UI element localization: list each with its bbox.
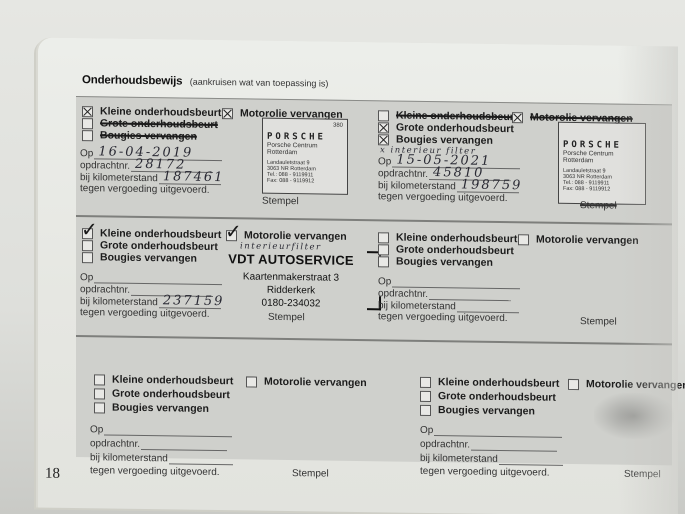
field-label: tegen vergoeding uitgevoerd.: [378, 191, 508, 204]
vergoeding-text: tegen vergoeding uitgevoerd.: [80, 307, 210, 320]
vdt-stamp: VDT AUTOSERVICE Kaartenmakerstraat 3 Rid…: [226, 251, 356, 311]
field-label: tegen vergoeding uitgevoerd.: [378, 311, 508, 324]
field-label: bij kilometerstand: [420, 453, 498, 465]
date-field: Op: [90, 423, 232, 437]
checkbox[interactable]: [420, 390, 431, 401]
field-label: Op: [80, 272, 93, 283]
stamp-name: VDT AUTOSERVICE: [226, 251, 356, 268]
stamp-street: Kaartenmakerstraat 3: [226, 270, 356, 285]
checkbox[interactable]: [420, 376, 431, 387]
checkbox-label: Bougies vervangen: [438, 404, 535, 417]
field-label: opdrachtnr.: [378, 168, 428, 180]
stempel-label: Stempel: [580, 200, 617, 212]
field-label: opdrachtnr.: [90, 438, 140, 450]
checkbox-checked[interactable]: [512, 112, 523, 123]
checkbox-checked[interactable]: [378, 134, 389, 145]
stempel-label: Stempel: [292, 468, 329, 480]
maintenance-panel: Kleine onderhoudsbeurt Grote onderhoudsb…: [76, 96, 672, 465]
field-label: Op: [378, 156, 391, 167]
stempel-label: Stempel: [268, 312, 305, 324]
stamp-tel: 0180-234032: [226, 296, 356, 311]
checkbox-row-grote[interactable]: Grote onderhoudsbeurt: [420, 390, 556, 404]
handwritten-km: 198759: [461, 177, 523, 193]
page-subtitle: (aankruisen wat van toepassing is): [190, 77, 329, 89]
field-label: Op: [378, 276, 391, 287]
porsche-stamp: 380 PORSCHE Porsche Centrum Rotterdam La…: [262, 118, 348, 195]
checkbox[interactable]: [82, 130, 93, 141]
checkbox-checked[interactable]: [82, 106, 93, 117]
km-field: bij kilometerstand: [90, 451, 233, 465]
checkbox[interactable]: [378, 244, 389, 255]
checkbox[interactable]: [568, 378, 579, 389]
booklet-page: Onderhoudsbewijs (aankruisen wat van toe…: [38, 38, 678, 514]
page-number: 18: [45, 466, 60, 483]
checkbox[interactable]: [420, 404, 431, 415]
field-label: tegen vergoeding uitgevoerd.: [80, 183, 210, 196]
field-label: opdrachtnr.: [378, 288, 428, 300]
field-label: opdrachtnr.: [80, 284, 130, 296]
checkbox-row-bougies[interactable]: Bougies vervangen: [94, 401, 209, 415]
field-label: tegen vergoeding uitgevoerd.: [420, 466, 550, 479]
stamp-code: 380: [333, 123, 343, 129]
vergoeding-text: tegen vergoeding uitgevoerd.: [378, 191, 508, 204]
checkbox-checked[interactable]: [222, 108, 233, 119]
checkbox-row-bougies[interactable]: Bougies vervangen: [420, 404, 535, 418]
stamp-fax: Fax: 088 - 9119912: [267, 178, 343, 185]
checkbox-row-kleine[interactable]: Kleine onderhoudsbeurt: [94, 373, 233, 387]
checkbox-ticked[interactable]: [226, 230, 237, 241]
maintenance-entry-3: Kleine onderhoudsbeurt Grote onderhoudsb…: [76, 217, 374, 339]
vergoeding-text: tegen vergoeding uitgevoerd.: [90, 465, 220, 478]
checkbox-label: Bougies vervangen: [100, 129, 197, 142]
field-label: Op: [80, 148, 93, 159]
checkbox-row-bougies[interactable]: Bougies vervangen: [82, 251, 197, 265]
checkbox[interactable]: [378, 232, 389, 243]
page-title: Onderhoudsbewijs: [82, 74, 182, 87]
order-field: opdrachtnr.: [420, 438, 557, 452]
checkbox-label: Bougies vervangen: [100, 251, 197, 264]
page-heading: Onderhoudsbewijs (aankruisen wat van toe…: [82, 70, 328, 91]
date-field: Op: [420, 424, 562, 438]
checkbox[interactable]: [82, 240, 93, 251]
checkbox-ticked[interactable]: [82, 228, 93, 239]
handwritten-km: 187461: [163, 169, 225, 185]
order-field: opdrachtnr.: [90, 437, 227, 451]
checkbox[interactable]: [82, 118, 93, 129]
maintenance-entry-1: Kleine onderhoudsbeurt Grote onderhoudsb…: [76, 97, 374, 219]
field-label: tegen vergoeding uitgevoerd.: [90, 465, 220, 478]
stempel-label: Stempel: [580, 316, 617, 328]
vergoeding-text: tegen vergoeding uitgevoerd.: [420, 466, 550, 479]
checkbox[interactable]: [94, 388, 105, 399]
checkbox-row-bougies[interactable]: Bougies vervangen: [378, 255, 493, 269]
checkbox-label: Motorolie vervangen: [264, 376, 367, 389]
stempel-label: Stempel: [262, 196, 299, 208]
vergoeding-text: tegen vergoeding uitgevoerd.: [80, 183, 210, 196]
field-label: Op: [420, 425, 433, 436]
km-field: bij kilometerstand: [420, 452, 563, 466]
checkbox-label: Kleine onderhoudsbeurt: [438, 376, 559, 390]
checkbox-row-grote[interactable]: Grote onderhoudsbeurt: [94, 387, 230, 401]
checkbox-checked[interactable]: [378, 122, 389, 133]
checkbox[interactable]: [94, 374, 105, 385]
checkbox[interactable]: [518, 234, 529, 245]
checkbox-row-motorolie[interactable]: Motorolie vervangen: [246, 375, 367, 389]
field-label: tegen vergoeding uitgevoerd.: [80, 307, 210, 320]
checkbox[interactable]: [246, 376, 257, 387]
checkbox-row-bougies[interactable]: Bougies vervangen: [82, 129, 197, 143]
checkbox-label: Bougies vervangen: [396, 256, 493, 269]
checkbox-label: Bougies vervangen: [112, 402, 209, 415]
checkbox[interactable]: [94, 402, 105, 413]
maintenance-entry-5: Kleine onderhoudsbeurt Grote onderhoudsb…: [76, 337, 374, 459]
handwritten-km: 237159: [163, 293, 225, 309]
checkbox[interactable]: [378, 110, 389, 121]
stamp-name: Porsche Centrum Rotterdam: [267, 142, 343, 157]
vergoeding-text: tegen vergoeding uitgevoerd.: [378, 311, 508, 324]
checkbox-label: Kleine onderhoudsbeurt: [112, 374, 233, 388]
field-label: bij kilometerstand: [90, 452, 168, 464]
checkbox-label: Grote onderhoudsbeurt: [112, 388, 230, 402]
field-label: opdrachtnr.: [420, 439, 470, 451]
checkbox[interactable]: [378, 256, 389, 267]
checkbox-row-kleine[interactable]: Kleine onderhoudsbeurt: [420, 376, 559, 390]
field-label: Op: [90, 424, 103, 435]
field-label: opdrachtnr.: [80, 160, 130, 172]
page-curl-shadow: [618, 46, 678, 514]
checkbox[interactable]: [82, 252, 93, 263]
checkbox-label: Grote onderhoudsbeurt: [438, 390, 556, 404]
